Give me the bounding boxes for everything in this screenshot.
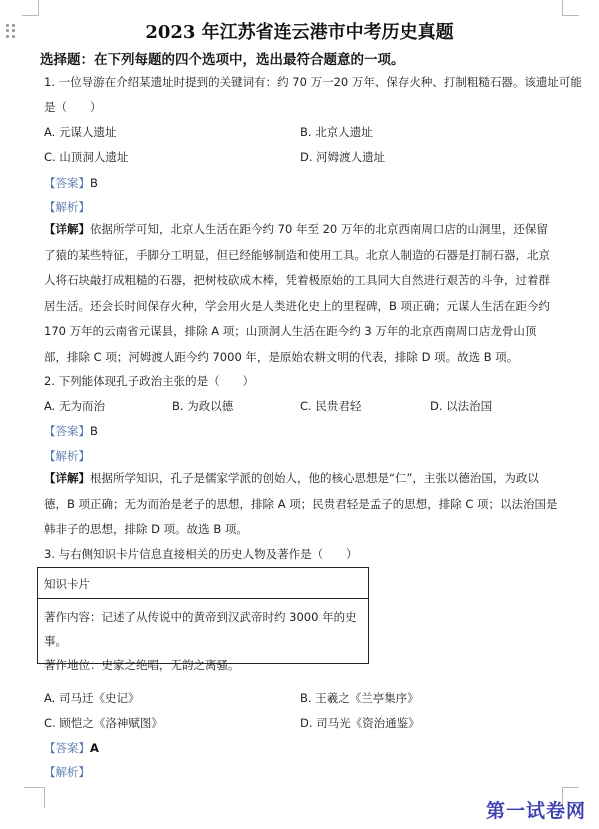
- question-3-option-c: C. 顾恺之《洛神赋图》: [44, 716, 163, 730]
- question-1-answer: 【答案】B: [44, 176, 98, 190]
- question-1-option-a: A. 元谋人遗址: [44, 125, 116, 139]
- answer-value: A: [90, 741, 99, 755]
- question-1-analysis-label: 【解析】: [44, 200, 90, 214]
- question-2-option-b: B. 为政以德: [172, 399, 233, 413]
- question-3-option-d: D. 司马光《资治通鉴》: [300, 716, 420, 730]
- page-corner-mark-top-left: [22, 0, 39, 16]
- detail-text: 依据所学可知，北京人生活在距今约 70 年至 20 万年的北京西南周口店的山洞里…: [44, 222, 550, 364]
- question-1-option-d: D. 河姆渡人遗址: [300, 150, 385, 164]
- page-title: 2023 年江苏省连云港市中考历史真题: [0, 18, 599, 44]
- answer-value: B: [90, 424, 98, 438]
- knowledge-card-header: 知识卡片: [38, 568, 368, 599]
- question-1-detail: 【详解】依据所学可知，北京人生活在距今约 70 年至 20 万年的北京西南周口店…: [44, 217, 559, 370]
- answer-label: 【答案】: [44, 424, 90, 438]
- question-3-option-a: A. 司马迁《史记》: [44, 691, 139, 705]
- question-2-detail: 【详解】根据所学知识，孔子是儒家学派的创始人，他的核心思想是“仁”，主张以德治国…: [44, 466, 559, 543]
- question-3-stem: 3. 与右侧知识卡片信息直接相关的历史人物及著作是（ ）: [44, 547, 358, 561]
- question-2-option-a: A. 无为而治: [44, 399, 105, 413]
- question-2-option-d: D. 以法治国: [430, 399, 492, 413]
- page-corner-mark-top-right: [562, 0, 579, 16]
- question-1-stem-cont: 是（ ）: [44, 100, 102, 114]
- detail-label: 【详解】: [44, 222, 90, 236]
- answer-label: 【答案】: [44, 176, 90, 190]
- answer-value: B: [90, 176, 98, 190]
- knowledge-card-line-2: 著作地位：史家之绝唱，无韵之离骚。: [44, 653, 368, 677]
- question-2-stem: 2. 下列能体现孔子政治主张的是（ ）: [44, 374, 254, 388]
- detail-label: 【详解】: [44, 471, 90, 485]
- page-corner-mark-bottom-left: [24, 787, 45, 808]
- detail-text: 根据所学知识，孔子是儒家学派的创始人，他的核心思想是“仁”，主张以德治国，为政以…: [44, 471, 558, 536]
- knowledge-card-line-1: 著作内容：记述了从传说中的黄帝到汉武帝时约 3000 年的史事。: [44, 605, 368, 653]
- watermark-logo: 第一试卷网: [486, 796, 586, 823]
- question-3-answer: 【答案】A: [44, 741, 99, 755]
- question-3-analysis-label: 【解析】: [44, 765, 90, 779]
- answer-label: 【答案】: [44, 741, 90, 755]
- knowledge-card: 知识卡片 著作内容：记述了从传说中的黄帝到汉武帝时约 3000 年的史事。 著作…: [37, 567, 369, 664]
- question-2-option-c: C. 民贵君轻: [300, 399, 361, 413]
- question-1-stem: 1. 一位导游在介绍某遗址时提到的关键词有：约 70 万一20 万年、保存火种、…: [44, 75, 582, 89]
- question-1-option-c: C. 山顶洞人遗址: [44, 150, 128, 164]
- knowledge-card-body: 著作内容：记述了从传说中的黄帝到汉武帝时约 3000 年的史事。 著作地位：史家…: [38, 599, 368, 677]
- question-2-answer: 【答案】B: [44, 424, 98, 438]
- question-3-option-b: B. 王羲之《兰亭集序》: [300, 691, 419, 705]
- question-1-option-b: B. 北京人遗址: [300, 125, 373, 139]
- question-2-analysis-label: 【解析】: [44, 449, 90, 463]
- section-heading: 选择题：在下列每题的四个选项中，选出最符合题意的一项。: [40, 48, 405, 68]
